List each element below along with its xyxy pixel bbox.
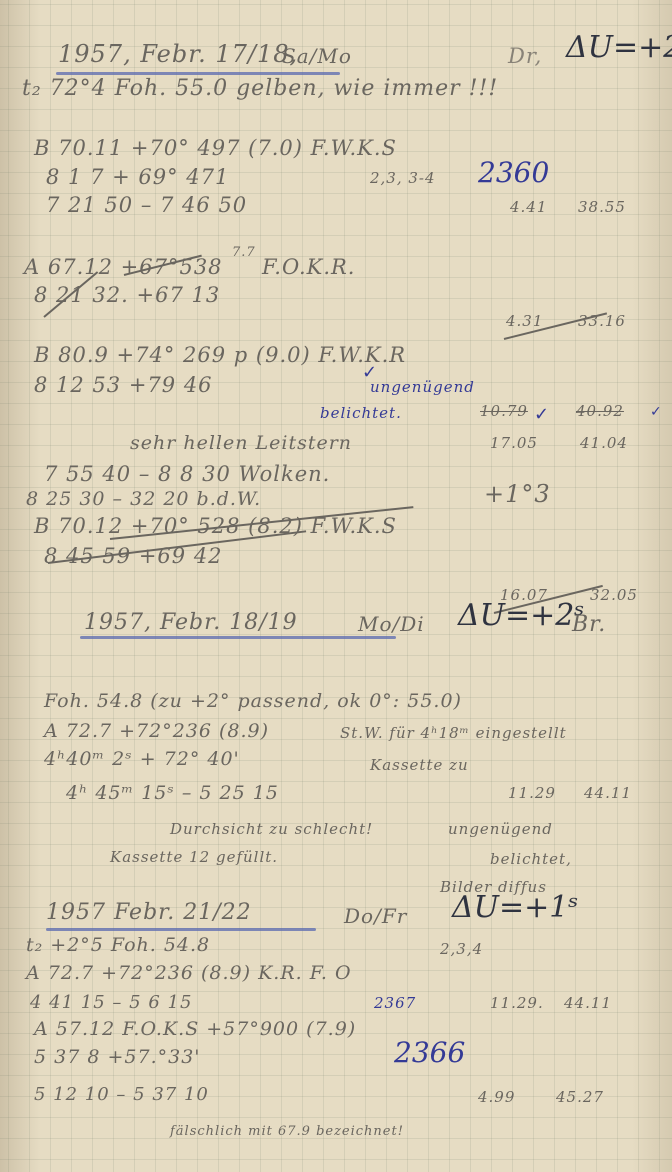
value: 4.31 — [506, 312, 543, 330]
entry3-line: t₂ +2°5 Foh. 54.8 — [26, 934, 210, 956]
entry1-line: B 70.11 +70° 497 (7.0) F.W.K.S — [34, 136, 397, 160]
entry3-line: 2,3,4 — [440, 940, 483, 958]
entry2-observer: Br. — [572, 612, 606, 637]
notebook-page: 1957, Febr. 17/18, Sa/Mo Dr, ΔU=+2ˢ t₂ 7… — [0, 0, 672, 1172]
value: 4.41 — [510, 198, 547, 216]
entry3-line: 5 37 8 +57.°33' — [34, 1046, 201, 1068]
entry2-underline — [80, 636, 396, 639]
entry1-line: 8 25 30 – 32 20 b.d.W. — [26, 488, 261, 510]
entry2-line: Durchsicht zu schlecht! — [170, 820, 373, 838]
value: 32.05 — [590, 586, 638, 604]
entry3-days: Do/Fr — [344, 904, 407, 928]
entry2-line: 4ʰ40ᵐ 2ˢ + 72° 40' — [44, 748, 240, 770]
plate-number: 2367 — [374, 994, 416, 1012]
value: 17.05 — [490, 434, 538, 452]
entry1-days: Sa/Mo — [282, 44, 352, 68]
entry1-line: 8 21 32. +67 13 — [34, 283, 220, 307]
entry3-delta-u: ΔU=+1ˢ — [452, 890, 578, 925]
check-mark-icon: ✓ — [650, 404, 662, 420]
value: 44.11 — [564, 994, 612, 1012]
value: 38.55 — [578, 198, 626, 216]
entry2-days: Mo/Di — [358, 612, 425, 636]
entry3-line: A 72.7 +72°236 (8.9) K.R. F. O — [26, 962, 352, 984]
entry1-line: B 80.9 +74° 269 p (9.0) F.W.K.R — [34, 343, 406, 367]
entry1-line: 7 55 40 – 8 8 30 Wolken. — [44, 462, 330, 486]
entry1-underline — [56, 72, 340, 75]
entry1-line: 2,3, 3-4 — [370, 169, 436, 187]
entry1-observer: Dr, — [508, 44, 542, 68]
entry1-line: F.O.K.R. — [262, 255, 356, 279]
plate-number: 2360 — [478, 156, 549, 189]
value: 11.29. — [490, 994, 544, 1012]
plate-number: 2366 — [394, 1036, 465, 1069]
entry2-line: Foh. 54.8 (zu +2° passend, ok 0°: 55.0) — [44, 690, 462, 712]
value: 45.27 — [556, 1088, 604, 1106]
blue-note: ungenügend — [370, 378, 475, 396]
value: 11.29 — [508, 784, 556, 802]
value: 40.92 — [576, 402, 624, 420]
value: 4.99 — [478, 1088, 515, 1106]
entry3-line: A 57.12 F.O.K.S +57°900 (7.9) — [34, 1018, 356, 1040]
entry1-line: 8 1 7 + 69° 471 — [46, 165, 229, 189]
entry3-note: fälschlich mit 67.9 bezeichnet! — [170, 1124, 404, 1139]
check-mark-icon: ✓ — [534, 404, 549, 425]
entry1-line: 7 21 50 – 7 46 50 — [46, 193, 247, 217]
entry3-date: 1957 Febr. 21/22 — [46, 900, 252, 925]
entry3-line: 5 12 10 – 5 37 10 — [34, 1084, 209, 1105]
temperature: +1°3 — [484, 480, 551, 508]
entry2-line: ungenügend — [448, 820, 553, 838]
entry2-line: 4ʰ 45ᵐ 15ˢ – 5 25 15 — [66, 782, 279, 804]
entry1-line: 7.7 — [232, 245, 256, 260]
entry2-delta-u: ΔU=+2ˢ — [458, 598, 584, 633]
entry1-line: 8 12 53 +79 46 — [34, 373, 213, 397]
entry2-line: Kassette 12 gefüllt. — [110, 848, 278, 866]
entry1-line: 8 45 59 +69 42 — [44, 544, 223, 568]
value: 44.11 — [584, 784, 632, 802]
entry1-line: t₂ 72°4 Foh. 55.0 gelben, wie immer !!! — [22, 76, 498, 101]
entry3-line: 4 41 15 – 5 6 15 — [30, 992, 192, 1013]
blue-note: belichtet. — [320, 404, 402, 422]
entry3-underline — [46, 928, 316, 931]
value: 41.04 — [580, 434, 628, 452]
entry1-line: sehr hellen Leitstern — [130, 432, 352, 454]
entry1-delta-u: ΔU=+2ˢ — [566, 30, 672, 65]
entry1-date: 1957, Febr. 17/18, — [58, 40, 298, 68]
entry2-line: Kassette zu — [370, 756, 469, 774]
entry2-date: 1957, Febr. 18/19 — [84, 610, 298, 635]
entry2-line: belichtet, — [490, 850, 572, 868]
entry2-line: A 72.7 +72°236 (8.9) — [44, 720, 269, 742]
value: 10.79 — [480, 402, 528, 420]
entry2-line: St.W. für 4ʰ18ᵐ eingestellt — [340, 724, 567, 742]
